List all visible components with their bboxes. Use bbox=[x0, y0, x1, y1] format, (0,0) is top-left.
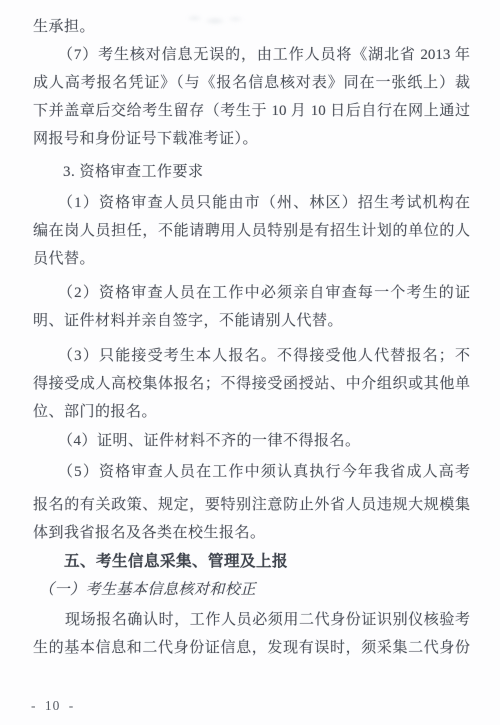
subsection-heading: （一）考生基本信息核对和校正 bbox=[33, 576, 470, 604]
document-text-block: 生承担。 （7）考生核对信息无误的，由工作人员将《湖北省 2013 年 成人高考… bbox=[33, 13, 470, 662]
paragraph-line: 员代替。 bbox=[33, 245, 470, 273]
paragraph-line: 生的基本信息和二代身份证信息，发现有误时，须采集二代身份 bbox=[33, 634, 470, 662]
paragraph-line: 现场报名确认时，工作人员必须用二代身份证识别仪核验考 bbox=[33, 606, 470, 634]
numbered-heading: 3. 资格审查工作要求 bbox=[33, 158, 470, 186]
paragraph-line: （3）只能接受考生本人报名。不得接受他人代替报名；不 bbox=[33, 342, 470, 370]
paragraph-line: 明、证件材料并亲自签字，不能请别人代替。 bbox=[33, 307, 470, 335]
paragraph-line: 编在岗人员担任，不能请聘用人员特别是有招生计划的单位的人 bbox=[33, 217, 470, 245]
page-number: - 10 - bbox=[31, 698, 74, 714]
paragraph-line: （1）资格审查人员只能由市（州、林区）招生考试机构在 bbox=[33, 189, 470, 217]
paragraph-line: （5）资格审查人员在工作中须认真执行今年我省成人高考 bbox=[33, 458, 470, 486]
paragraph-line: 网报号和身份证号下载准考证）。 bbox=[33, 125, 470, 153]
paragraph-line: 得接受成人高校集体报名；不得接受函授站、中介组织或其他单 bbox=[33, 370, 470, 398]
paragraph-line: 位、部门的报名。 bbox=[33, 398, 470, 426]
paragraph-line: 生承担。 bbox=[33, 13, 470, 41]
paragraph-line: （2）资格审查人员在工作中必须亲自审查每一个考生的证 bbox=[33, 279, 470, 307]
section-heading: 五、考生信息采集、管理及上报 bbox=[33, 548, 470, 576]
paragraph-line: （7）考生核对信息无误的，由工作人员将《湖北省 2013 年 bbox=[33, 41, 470, 69]
paragraph-line: 下并盖章后交给考生留存（考生于 10 月 10 日后自行在网上通过 bbox=[33, 97, 470, 125]
paragraph-line: 报名的有关政策、规定，要特别注意防止外省人员违规大规模集 bbox=[33, 491, 470, 519]
document-page: 生承担。 （7）考生核对信息无误的，由工作人员将《湖北省 2013 年 成人高考… bbox=[0, 0, 500, 725]
paragraph-line: 体到我省报名及各类在校生报名。 bbox=[33, 519, 470, 547]
paragraph-line: （4）证明、证件材料不齐的一律不得报名。 bbox=[33, 427, 470, 455]
paragraph-line: 成人高考报名凭证》（与《报名信息核对表》同在一张纸上）裁 bbox=[33, 69, 470, 97]
